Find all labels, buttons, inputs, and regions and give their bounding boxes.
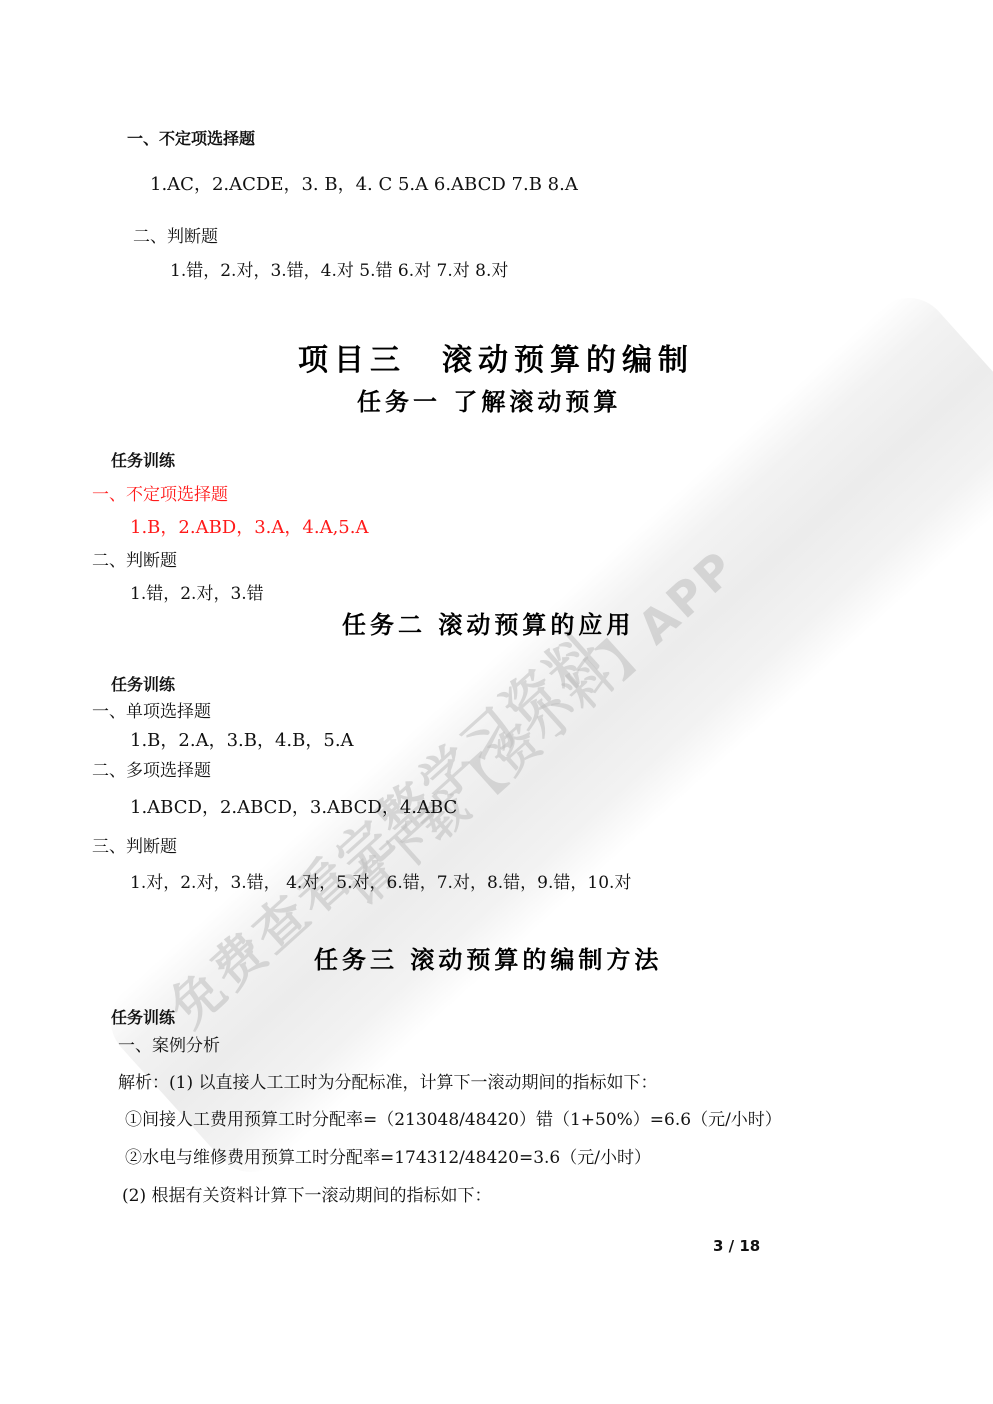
task2-q2-heading: 二、多项选择题 bbox=[92, 756, 211, 781]
task1-title: 任务一 了解滚动预算 bbox=[357, 382, 621, 417]
task1-training-label: 任务训练 bbox=[111, 448, 175, 471]
task2-q1-heading: 一、单项选择题 bbox=[92, 697, 211, 722]
prev-q2-heading: 二、判断题 bbox=[133, 222, 218, 247]
task2-q3-heading: 三、判断题 bbox=[92, 832, 177, 857]
document-page: 一、不定项选择题 1.AC，2.ACDE，3. B，4. C 5.A 6.ABC… bbox=[0, 0, 993, 1404]
task3-item1: ①间接人工费用预算工时分配率=（213048/48420）错（1+50%）=6.… bbox=[125, 1105, 782, 1130]
task2-q2-answers: 1.ABCD，2.ABCD，3.ABCD，4.ABC bbox=[130, 793, 457, 819]
task3-training-label: 任务训练 bbox=[111, 1005, 175, 1028]
task2-q3-answers: 1.对，2.对，3.错， 4.对，5.对，6.错，7.对，8.错，9.错，10.… bbox=[130, 868, 631, 893]
task1-q1-heading: 一、不定项选择题 bbox=[92, 480, 228, 505]
task2-training-label: 任务训练 bbox=[111, 672, 175, 695]
project-title: 项目三 滚动预算的编制 bbox=[298, 335, 694, 379]
task1-q1-answers: 1.B，2.ABD，3.A，4.A,5.A bbox=[130, 513, 368, 539]
task3-q1-heading: 一、案例分析 bbox=[118, 1031, 220, 1056]
prev-q1-answers: 1.AC，2.ACDE，3. B，4. C 5.A 6.ABCD 7.B 8.A bbox=[150, 170, 578, 196]
task3-title: 任务三 滚动预算的编制方法 bbox=[314, 940, 662, 975]
prev-q1-heading: 一、不定项选择题 bbox=[127, 126, 255, 149]
task3-analysis-intro: 解析：(1) 以直接人工工时为分配标准，计算下一滚动期间的指标如下： bbox=[118, 1068, 657, 1093]
task2-title: 任务二 滚动预算的应用 bbox=[342, 605, 634, 640]
task2-q1-answers: 1.B，2.A，3.B，4.B，5.A bbox=[130, 726, 354, 752]
task1-q2-answers: 1.错，2.对，3.错 bbox=[130, 579, 264, 604]
task3-item2: ②水电与维修费用预算工时分配率=174312/48420=3.6（元/小时） bbox=[125, 1143, 651, 1168]
task1-q2-heading: 二、判断题 bbox=[92, 546, 177, 571]
task3-part2: (2) 根据有关资料计算下一滚动期间的指标如下： bbox=[122, 1181, 491, 1206]
page-indicator: 3 / 18 bbox=[713, 1237, 760, 1255]
prev-q2-answers: 1.错，2.对，3.错，4.对 5.错 6.对 7.对 8.对 bbox=[170, 256, 508, 281]
